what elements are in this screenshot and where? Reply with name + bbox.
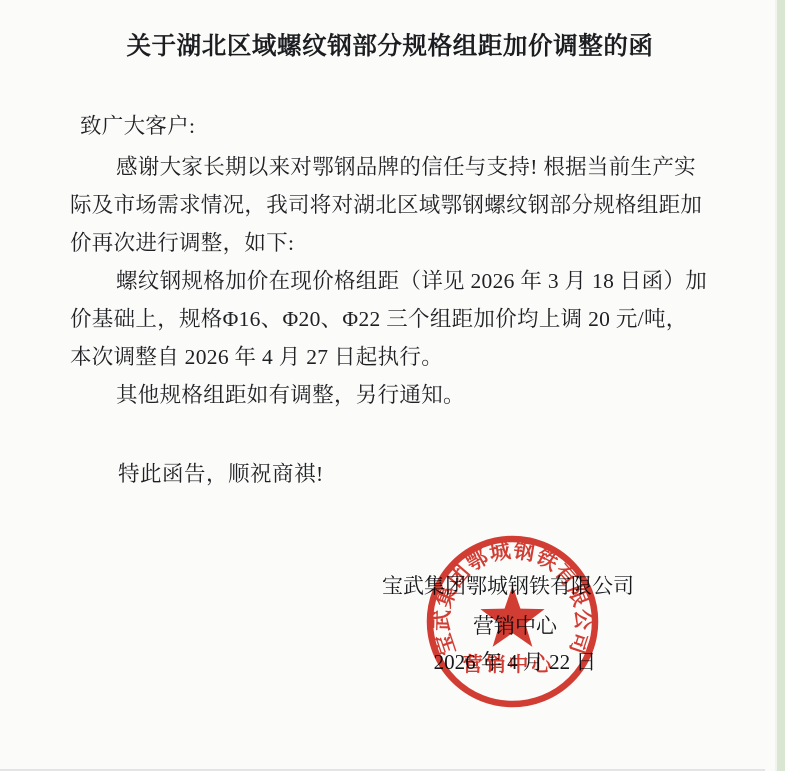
closing-line: 特此函告，顺祝商祺! [70,455,324,493]
salutation: 致广大客户: [80,107,195,145]
body-line: 价基础上，规格Φ16、Φ20、Φ22 三个组距加价均上调 20 元/吨， [70,300,718,338]
body-line: 其他规格组距如有调整，另行通知。 [70,376,718,414]
body-line: 际及市场需求情况，我司将对湖北区域鄂钢螺纹钢部分规格组距加 [70,186,718,224]
body-line: 价再次进行调整，如下: [70,224,718,262]
letter-title: 关于湖北区域螺纹钢部分规格组距加价调整的函 [70,27,710,62]
body-line: 本次调整自 2026 年 4 月 27 日起执行。 [70,338,718,376]
seal-center-text: 营销中心 [463,653,554,676]
star-icon [480,586,544,647]
scan-edge-strip [775,0,785,771]
letter-body: 感谢大家长期以来对鄂钢品牌的信任与支持! 根据当前生产实 际及市场需求情况，我司… [70,148,718,414]
company-seal: 宝武集团鄂城钢铁有限公司 营销中心 [423,532,602,711]
scanned-letter-page: 关于湖北区域螺纹钢部分规格组距加价调整的函 致广大客户: 感谢大家长期以来对鄂钢… [0,0,785,771]
body-line: 感谢大家长期以来对鄂钢品牌的信任与支持! 根据当前生产实 [70,148,718,186]
body-line: 螺纹钢规格加价在现价格组距（详见 2026 年 3 月 18 日函）加 [70,262,718,300]
